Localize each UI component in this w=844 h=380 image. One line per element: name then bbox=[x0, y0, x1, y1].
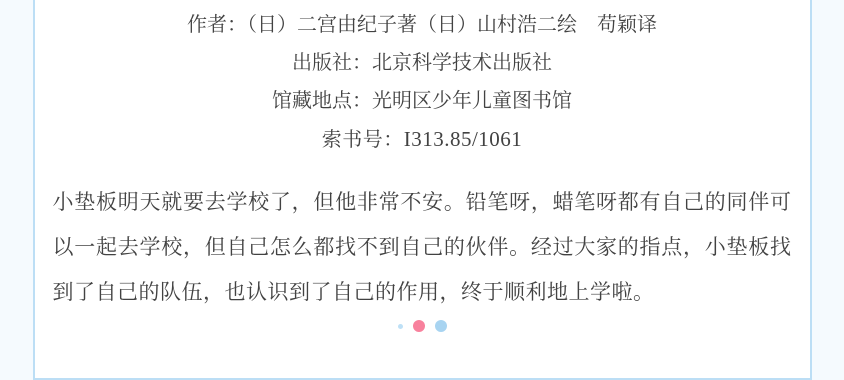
carousel-dots bbox=[53, 319, 792, 333]
call-number-label: 索书号： bbox=[322, 129, 404, 151]
book-meta: 作者：（日）二宫由纪子著（日）山村浩二绘 苟颖译 出版社：北京科学技术出版社 馆… bbox=[53, 6, 792, 159]
book-summary: 小垫板明天就要去学校了，但他非常不安。铅笔呀，蜡笔呀都有自己的同伴可以一起去学校… bbox=[53, 180, 792, 315]
content-card: 作者：（日）二宫由纪子著（日）山村浩二绘 苟颖译 出版社：北京科学技术出版社 馆… bbox=[33, 0, 812, 380]
call-number-line: 索书号：I313.85/1061 bbox=[53, 120, 792, 159]
page-background: { "book_meta": { "author_line": "作者：（日）二… bbox=[0, 0, 844, 380]
carousel-dot-3[interactable] bbox=[435, 320, 447, 332]
call-number-value: I313.85/1061 bbox=[404, 127, 523, 151]
location-line: 馆藏地点：光明区少年儿童图书馆 bbox=[53, 82, 792, 120]
carousel-dot-1[interactable] bbox=[398, 324, 403, 329]
author-line: 作者：（日）二宫由纪子著（日）山村浩二绘 苟颖译 bbox=[53, 6, 792, 44]
carousel-dot-2[interactable] bbox=[413, 320, 425, 332]
publisher-line: 出版社：北京科学技术出版社 bbox=[53, 44, 792, 82]
